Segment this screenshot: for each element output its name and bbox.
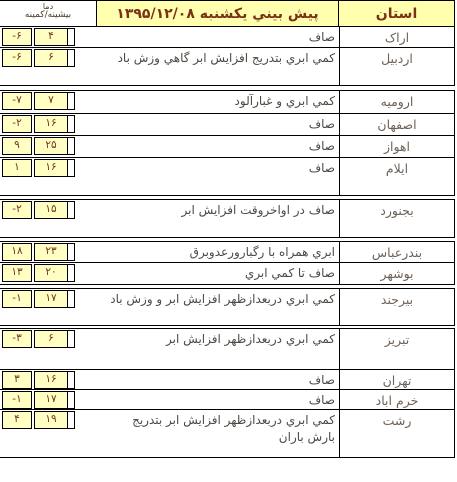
temp-max-value: ۱۹ — [34, 411, 68, 429]
temp-min-value: ۹ — [2, 137, 32, 155]
forecast-text-line1: صاف — [97, 116, 335, 133]
table-row: -۶ ۴ صاف اراک — [0, 27, 455, 48]
forecast-cell: صاف — [97, 390, 339, 409]
province-cell: اراک — [339, 27, 454, 47]
temperature-boxes: ۱ ۱۶ — [2, 159, 97, 177]
temp-box-extension — [68, 92, 75, 110]
temperature-cell: -۲ ۱۵ — [0, 200, 97, 237]
weather-forecast-table: دما بیشینه/کمینه پیش بیني یکشنبه ۱۳۹۵/۱۲… — [0, 0, 456, 458]
province-cell: خرم اباد — [339, 390, 454, 409]
temp-max-value: ۱۷ — [34, 391, 68, 409]
temp-box-extension — [68, 330, 75, 348]
forecast-cell: صاف در اواخروقت افزایش ابر — [97, 200, 339, 237]
table-row: -۱ ۱۷ کمي ابري دربعدازظهر افزایش ابر و و… — [0, 288, 455, 326]
forecast-cell: صاف — [97, 136, 339, 157]
forecast-cell: صاف — [97, 158, 339, 195]
temp-max-value: ۲۳ — [34, 243, 68, 261]
temperature-cell: -۱ ۱۷ — [0, 289, 97, 325]
forecast-cell: صاف — [97, 27, 339, 47]
temperature-boxes: -۶ ۶ — [2, 49, 97, 67]
temp-max-value: ۱۶ — [34, 159, 68, 177]
temp-min-value: -۲ — [2, 201, 32, 219]
temperature-boxes: ۳ ۱۶ — [2, 371, 97, 389]
temp-min-value: -۱ — [2, 290, 32, 308]
forecast-text-line1: کمي ابري و غبارآلود — [97, 93, 335, 110]
temp-max-value: ۱۶ — [34, 371, 68, 389]
table-row: ۹ ۲۵ صاف اهواز — [0, 136, 455, 158]
temp-box-extension — [68, 391, 75, 409]
forecast-cell: صاف — [97, 114, 339, 135]
temp-max-value: ۷ — [34, 92, 68, 110]
table-body: -۶ ۴ صاف اراک -۶ ۶ کمي ابري بتدریج افزای… — [0, 27, 456, 458]
temperature-boxes: -۲ ۱۵ — [2, 201, 97, 219]
province-cell: تهران — [339, 370, 454, 389]
temp-box-extension — [68, 115, 75, 133]
table-row: ۳ ۱۶ صاف تهران — [0, 370, 455, 390]
forecast-text-line2: بارش باران — [97, 429, 335, 446]
temp-max-value: ۲۰ — [34, 264, 68, 282]
forecast-cell: کمي ابري بتدریج افزایش ابر گاهي وزش باد — [97, 48, 339, 85]
temp-max-value: ۱۷ — [34, 290, 68, 308]
temperature-header-cell: دما بیشینه/کمینه — [0, 1, 97, 26]
temp-min-value: -۷ — [2, 92, 32, 110]
forecast-text-line1: ابري همراه با رگبارورعدوبرق — [97, 244, 335, 261]
temperature-cell: -۲ ۱۶ — [0, 114, 97, 135]
temperature-boxes: ۹ ۲۵ — [2, 137, 97, 155]
province-header-cell: استان — [339, 1, 454, 26]
temp-box-extension — [68, 371, 75, 389]
temperature-cell: ۹ ۲۵ — [0, 136, 97, 157]
temperature-cell: -۱ ۱۷ — [0, 390, 97, 409]
province-cell: اردبیل — [339, 48, 454, 85]
temperature-header-maxmin-label: بیشینه/کمینه — [0, 11, 96, 20]
forecast-text-line1: صاف — [97, 372, 335, 389]
forecast-text-line1: صاف در اواخروقت افزایش ابر — [97, 202, 335, 219]
forecast-text-line1: صاف — [97, 160, 335, 177]
temp-box-extension — [68, 137, 75, 155]
temp-max-value: ۱۶ — [34, 115, 68, 133]
temperature-cell: -۶ ۶ — [0, 48, 97, 85]
temp-min-value: -۶ — [2, 28, 32, 46]
forecast-cell: کمي ابري دربعدازظهر افزایش ابر بتدریج با… — [97, 410, 339, 457]
table-row: ۱ ۱۶ صاف ایلام — [0, 158, 455, 196]
forecast-text-line1: کمي ابري دربعدازظهر افزایش ابر بتدریج — [97, 412, 335, 429]
forecast-cell: کمي ابري و غبارآلود — [97, 91, 339, 113]
province-cell: بجنورد — [339, 200, 454, 237]
forecast-text-line1: صاف — [97, 138, 335, 155]
forecast-cell: صاف تا کمي ابري — [97, 263, 339, 284]
table-row: -۲ ۱۵ صاف در اواخروقت افزایش ابر بجنورد — [0, 199, 455, 238]
temp-max-value: ۴ — [34, 28, 68, 46]
table-row: ۱۳ ۲۰ صاف تا کمي ابري بوشهر — [0, 263, 455, 285]
temp-min-value: ۱ — [2, 159, 32, 177]
temperature-cell: -۷ ۷ — [0, 91, 97, 113]
forecast-cell: کمي ابري دربعدازظهر افزایش ابر و وزش باد — [97, 289, 339, 325]
temperature-boxes: ۱۳ ۲۰ — [2, 264, 97, 282]
temp-min-value: ۱۸ — [2, 243, 32, 261]
province-cell: ایلام — [339, 158, 454, 195]
forecast-text-line1: کمي ابري دربعدازظهر افزایش ابر و وزش باد — [97, 291, 335, 308]
province-cell: ارومیه — [339, 91, 454, 113]
temp-min-value: -۶ — [2, 49, 32, 67]
temperature-cell: ۱ ۱۶ — [0, 158, 97, 195]
forecast-header-cell: پیش بیني یکشنبه ۱۳۹۵/۱۲/۰۸ — [97, 1, 339, 26]
temp-max-value: ۲۵ — [34, 137, 68, 155]
forecast-text-line1: صاف — [97, 392, 335, 409]
temp-box-extension — [68, 411, 75, 429]
forecast-text-line1: کمي ابري بتدریج افزایش ابر گاهي وزش باد — [97, 50, 335, 67]
temp-max-value: ۱۵ — [34, 201, 68, 219]
forecast-cell: کمي ابري دربعدازظهر افزایش ابر — [97, 329, 339, 369]
temperature-boxes: -۶ ۴ — [2, 28, 97, 46]
temperature-cell: ۱۳ ۲۰ — [0, 263, 97, 284]
temp-min-value: -۱ — [2, 391, 32, 409]
temperature-cell: ۳ ۱۶ — [0, 370, 97, 389]
table-row: -۲ ۱۶ صاف اصفهان — [0, 114, 455, 136]
temperature-boxes: -۷ ۷ — [2, 92, 97, 110]
forecast-cell: ابري همراه با رگبارورعدوبرق — [97, 242, 339, 262]
temp-box-extension — [68, 159, 75, 177]
temperature-cell: -۶ ۴ — [0, 27, 97, 47]
temp-min-value: ۴ — [2, 411, 32, 429]
temp-min-value: ۱۳ — [2, 264, 32, 282]
province-cell: رشت — [339, 410, 454, 457]
forecast-text-line1: صاف تا کمي ابري — [97, 265, 335, 282]
province-cell: بندرعباس — [339, 242, 454, 262]
temp-box-extension — [68, 243, 75, 261]
temp-max-value: ۶ — [34, 330, 68, 348]
temp-box-extension — [68, 264, 75, 282]
temperature-boxes: -۳ ۶ — [2, 330, 97, 348]
temp-box-extension — [68, 28, 75, 46]
temperature-boxes: -۱ ۱۷ — [2, 391, 97, 409]
temperature-boxes: -۱ ۱۷ — [2, 290, 97, 308]
temp-box-extension — [68, 290, 75, 308]
table-row: -۶ ۶ کمي ابري بتدریج افزایش ابر گاهي وزش… — [0, 48, 455, 86]
province-cell: اهواز — [339, 136, 454, 157]
table-row: -۳ ۶ کمي ابري دربعدازظهر افزایش ابر تبری… — [0, 328, 455, 370]
table-header-row: دما بیشینه/کمینه پیش بیني یکشنبه ۱۳۹۵/۱۲… — [0, 0, 455, 27]
province-cell: بوشهر — [339, 263, 454, 284]
temp-min-value: -۳ — [2, 330, 32, 348]
temperature-cell: ۱۸ ۲۳ — [0, 242, 97, 262]
table-row: ۴ ۱۹ کمي ابري دربعدازظهر افزایش ابر بتدر… — [0, 410, 455, 458]
temperature-cell: ۴ ۱۹ — [0, 410, 97, 457]
temperature-cell: -۳ ۶ — [0, 329, 97, 369]
temp-box-extension — [68, 201, 75, 219]
temp-min-value: ۳ — [2, 371, 32, 389]
temp-max-value: ۶ — [34, 49, 68, 67]
table-row: -۱ ۱۷ صاف خرم اباد — [0, 390, 455, 410]
table-row: -۷ ۷ کمي ابري و غبارآلود ارومیه — [0, 90, 455, 114]
forecast-cell: صاف — [97, 370, 339, 389]
temperature-boxes: ۱۸ ۲۳ — [2, 243, 97, 261]
province-cell: تبریز — [339, 329, 454, 369]
province-cell: اصفهان — [339, 114, 454, 135]
province-cell: بیرجند — [339, 289, 454, 325]
temperature-boxes: ۴ ۱۹ — [2, 411, 97, 429]
forecast-text-line1: کمي ابري دربعدازظهر افزایش ابر — [97, 331, 335, 348]
temp-box-extension — [68, 49, 75, 67]
forecast-text-line1: صاف — [97, 29, 335, 46]
table-row: ۱۸ ۲۳ ابري همراه با رگبارورعدوبرق بندرعب… — [0, 241, 455, 263]
temperature-boxes: -۲ ۱۶ — [2, 115, 97, 133]
temp-min-value: -۲ — [2, 115, 32, 133]
